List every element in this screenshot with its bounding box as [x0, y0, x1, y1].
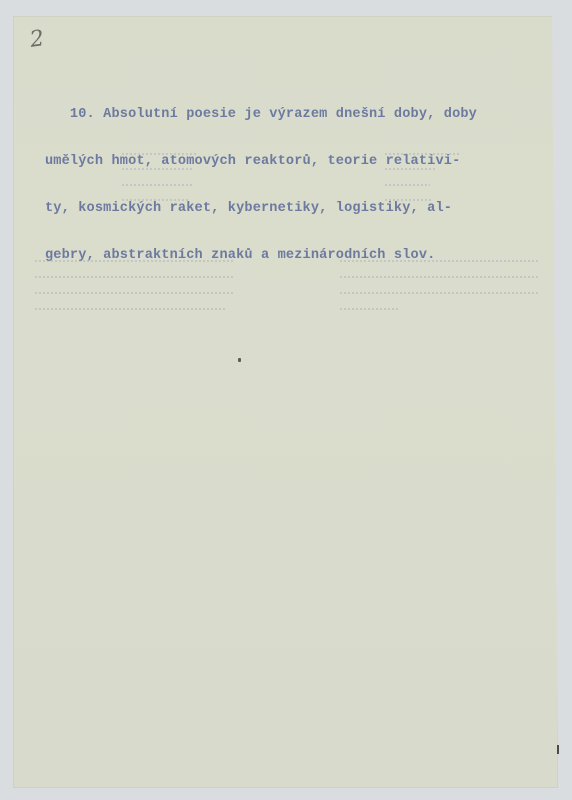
show-through-mark [35, 308, 225, 310]
paragraph-line: 10. Absolutní poesie je výrazem dnešní d… [45, 107, 550, 123]
show-through-mark [385, 184, 430, 186]
show-through-mark [340, 276, 540, 278]
show-through-mark [35, 276, 235, 278]
typewritten-paragraph: 10. Absolutní poesie je výrazem dnešní d… [45, 76, 550, 279]
ink-speck [238, 358, 241, 362]
paragraph-line: umělých hmot, atomových reaktorů, teorie… [45, 154, 550, 170]
show-through-mark [385, 199, 433, 201]
show-through-mark [122, 168, 192, 170]
edge-mark [557, 745, 559, 754]
show-through-mark [122, 199, 190, 201]
show-through-mark [122, 153, 197, 155]
paragraph-line: ty, kosmických raket, kybernetiky, logis… [45, 201, 550, 217]
show-through-mark [35, 292, 235, 294]
show-through-mark [35, 260, 235, 262]
show-through-mark [340, 292, 540, 294]
show-through-mark [385, 153, 460, 155]
show-through-mark [340, 260, 540, 262]
show-through-mark [340, 308, 400, 310]
show-through-mark [385, 168, 435, 170]
show-through-mark [122, 184, 194, 186]
